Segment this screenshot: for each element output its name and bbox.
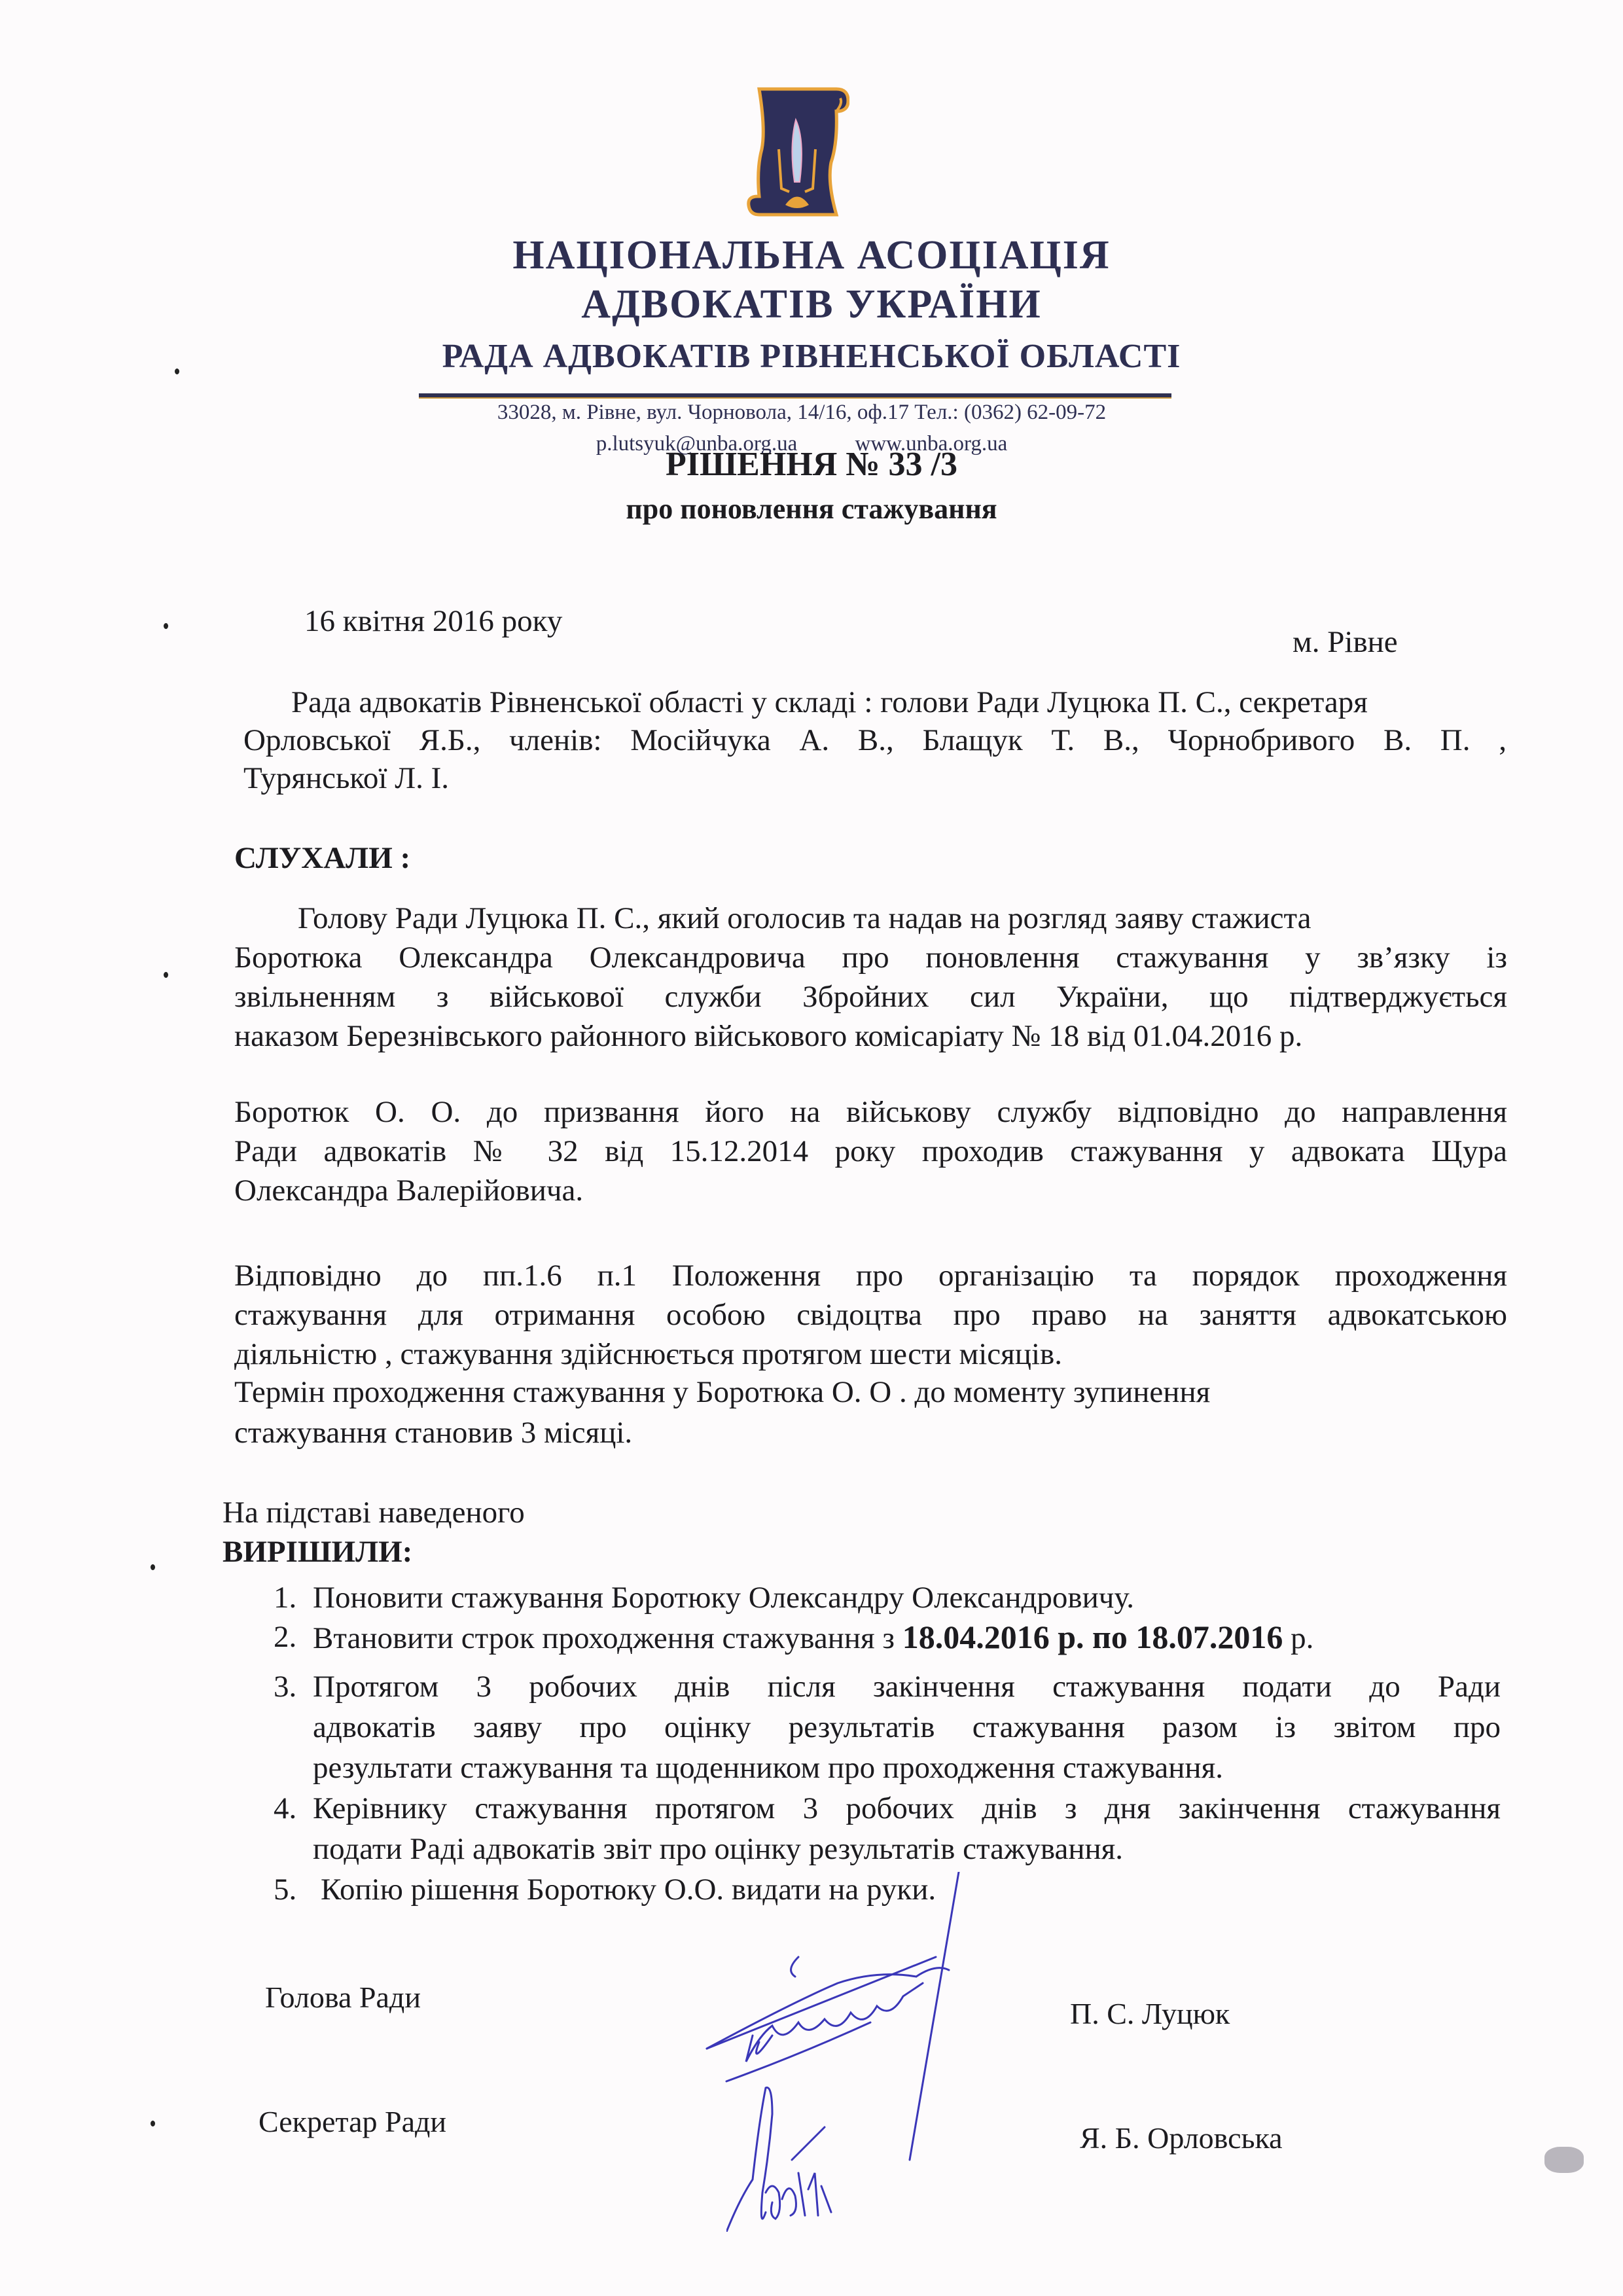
decision-text-prefix: Втановити строк проходження стажування з (313, 1621, 902, 1655)
decision-number: 1. (274, 1577, 296, 1618)
paragraph-line: Олександра Валерійовича. (234, 1170, 1507, 1211)
intro-line: Турянської Л. І. (243, 758, 1507, 798)
basis-text: На підставі наведеного (223, 1492, 525, 1533)
decision-text: подати Раді адвокатів звіт про оцінку ре… (313, 1829, 1501, 1869)
decided-heading: ВИРІШИЛИ: (223, 1532, 412, 1572)
decision-text: адвокатів заяву про оцінку результатів с… (313, 1707, 1501, 1748)
paragraph-line: стажування для отримання особою свідоцтв… (234, 1295, 1507, 1335)
secretary-signature-icon (726, 2081, 857, 2232)
secretary-role-label: Секретар Ради (259, 2104, 446, 2139)
decision-text: Керівнику стажування протягом 3 робочих … (313, 1788, 1501, 1829)
decision-text: результати стажування та щоденником про … (313, 1748, 1501, 1788)
letterhead-divider (419, 393, 1171, 399)
scan-speck (164, 623, 168, 629)
decision-number: 2. (274, 1617, 296, 1657)
secretary-name: Я. Б. Орловська (1080, 2121, 1283, 2155)
address-line: 33028, м. Рівне, вул. Чорновола, 14/16, … (409, 401, 1194, 425)
document-date: 16 квітня 2016 року (304, 601, 562, 641)
paragraph-line: Термін проходження стажування у Боротюка… (234, 1372, 1507, 1412)
scan-stain (1544, 2147, 1584, 2173)
decision-text: Втановити строк проходження стажування з… (313, 1617, 1501, 1659)
paragraph-line: діяльністю , стажування здійснюється про… (234, 1334, 1507, 1374)
association-logo-icon (745, 84, 849, 221)
document-subtitle: про поновлення стажування (0, 492, 1623, 526)
decision-number: 5. (274, 1869, 296, 1910)
decision-number: 4. (274, 1788, 296, 1829)
document-city: м. Рівне (1293, 622, 1398, 662)
intro-line: Рада адвокатів Рівненської області у скл… (291, 682, 1368, 723)
decision-text: Поновити стажування Боротюку Олександру … (313, 1577, 1501, 1618)
document-title: РІШЕННЯ № 33 /3 (0, 445, 1623, 484)
org-name-line1: НАЦІОНАЛЬНА АСОЦІАЦІЯ (0, 232, 1623, 279)
chair-role-label: Голова Ради (265, 1980, 421, 2015)
intro-line: Орловської Я.Б., членів: Мосійчука А. В.… (243, 720, 1507, 761)
scan-speck (151, 1564, 155, 1570)
scan-speck (151, 2121, 155, 2126)
paragraph-line: стажування становив 3 місяці. (234, 1412, 1507, 1453)
heard-heading: СЛУХАЛИ : (234, 838, 410, 878)
org-name-line2: АДВОКАТІВ УКРАЇНИ (0, 281, 1623, 328)
chair-name: П. С. Луцюк (1070, 1996, 1230, 2031)
decision-text-suffix: р. (1283, 1621, 1313, 1655)
heard-line: Голову Ради Луцюка П. С., який оголосив … (298, 898, 1507, 939)
heard-line: наказом Березнівського районного військо… (234, 1016, 1507, 1056)
council-name: РАДА АДВОКАТІВ РІВНЕНСЬКОЇ ОБЛАСТІ (0, 337, 1623, 376)
paragraph-line: Боротюк О. О. до призвання його на війсь… (234, 1092, 1507, 1132)
decision-period-dates: 18.04.2016 р. по 18.07.2016 (902, 1619, 1283, 1655)
paragraph-line: Ради адвокатів № 32 від 15.12.2014 року … (234, 1131, 1507, 1172)
scan-speck (164, 972, 168, 978)
decision-text: Протягом 3 робочих днів після закінчення… (313, 1666, 1501, 1707)
heard-line: звільненням з військової служби Збройних… (234, 977, 1507, 1017)
decision-number: 3. (274, 1666, 296, 1707)
heard-line: Боротюка Олександра Олександровича про п… (234, 937, 1507, 978)
paragraph-line: Відповідно до пп.1.6 п.1 Положення про о… (234, 1255, 1507, 1296)
scan-speck (175, 368, 179, 374)
